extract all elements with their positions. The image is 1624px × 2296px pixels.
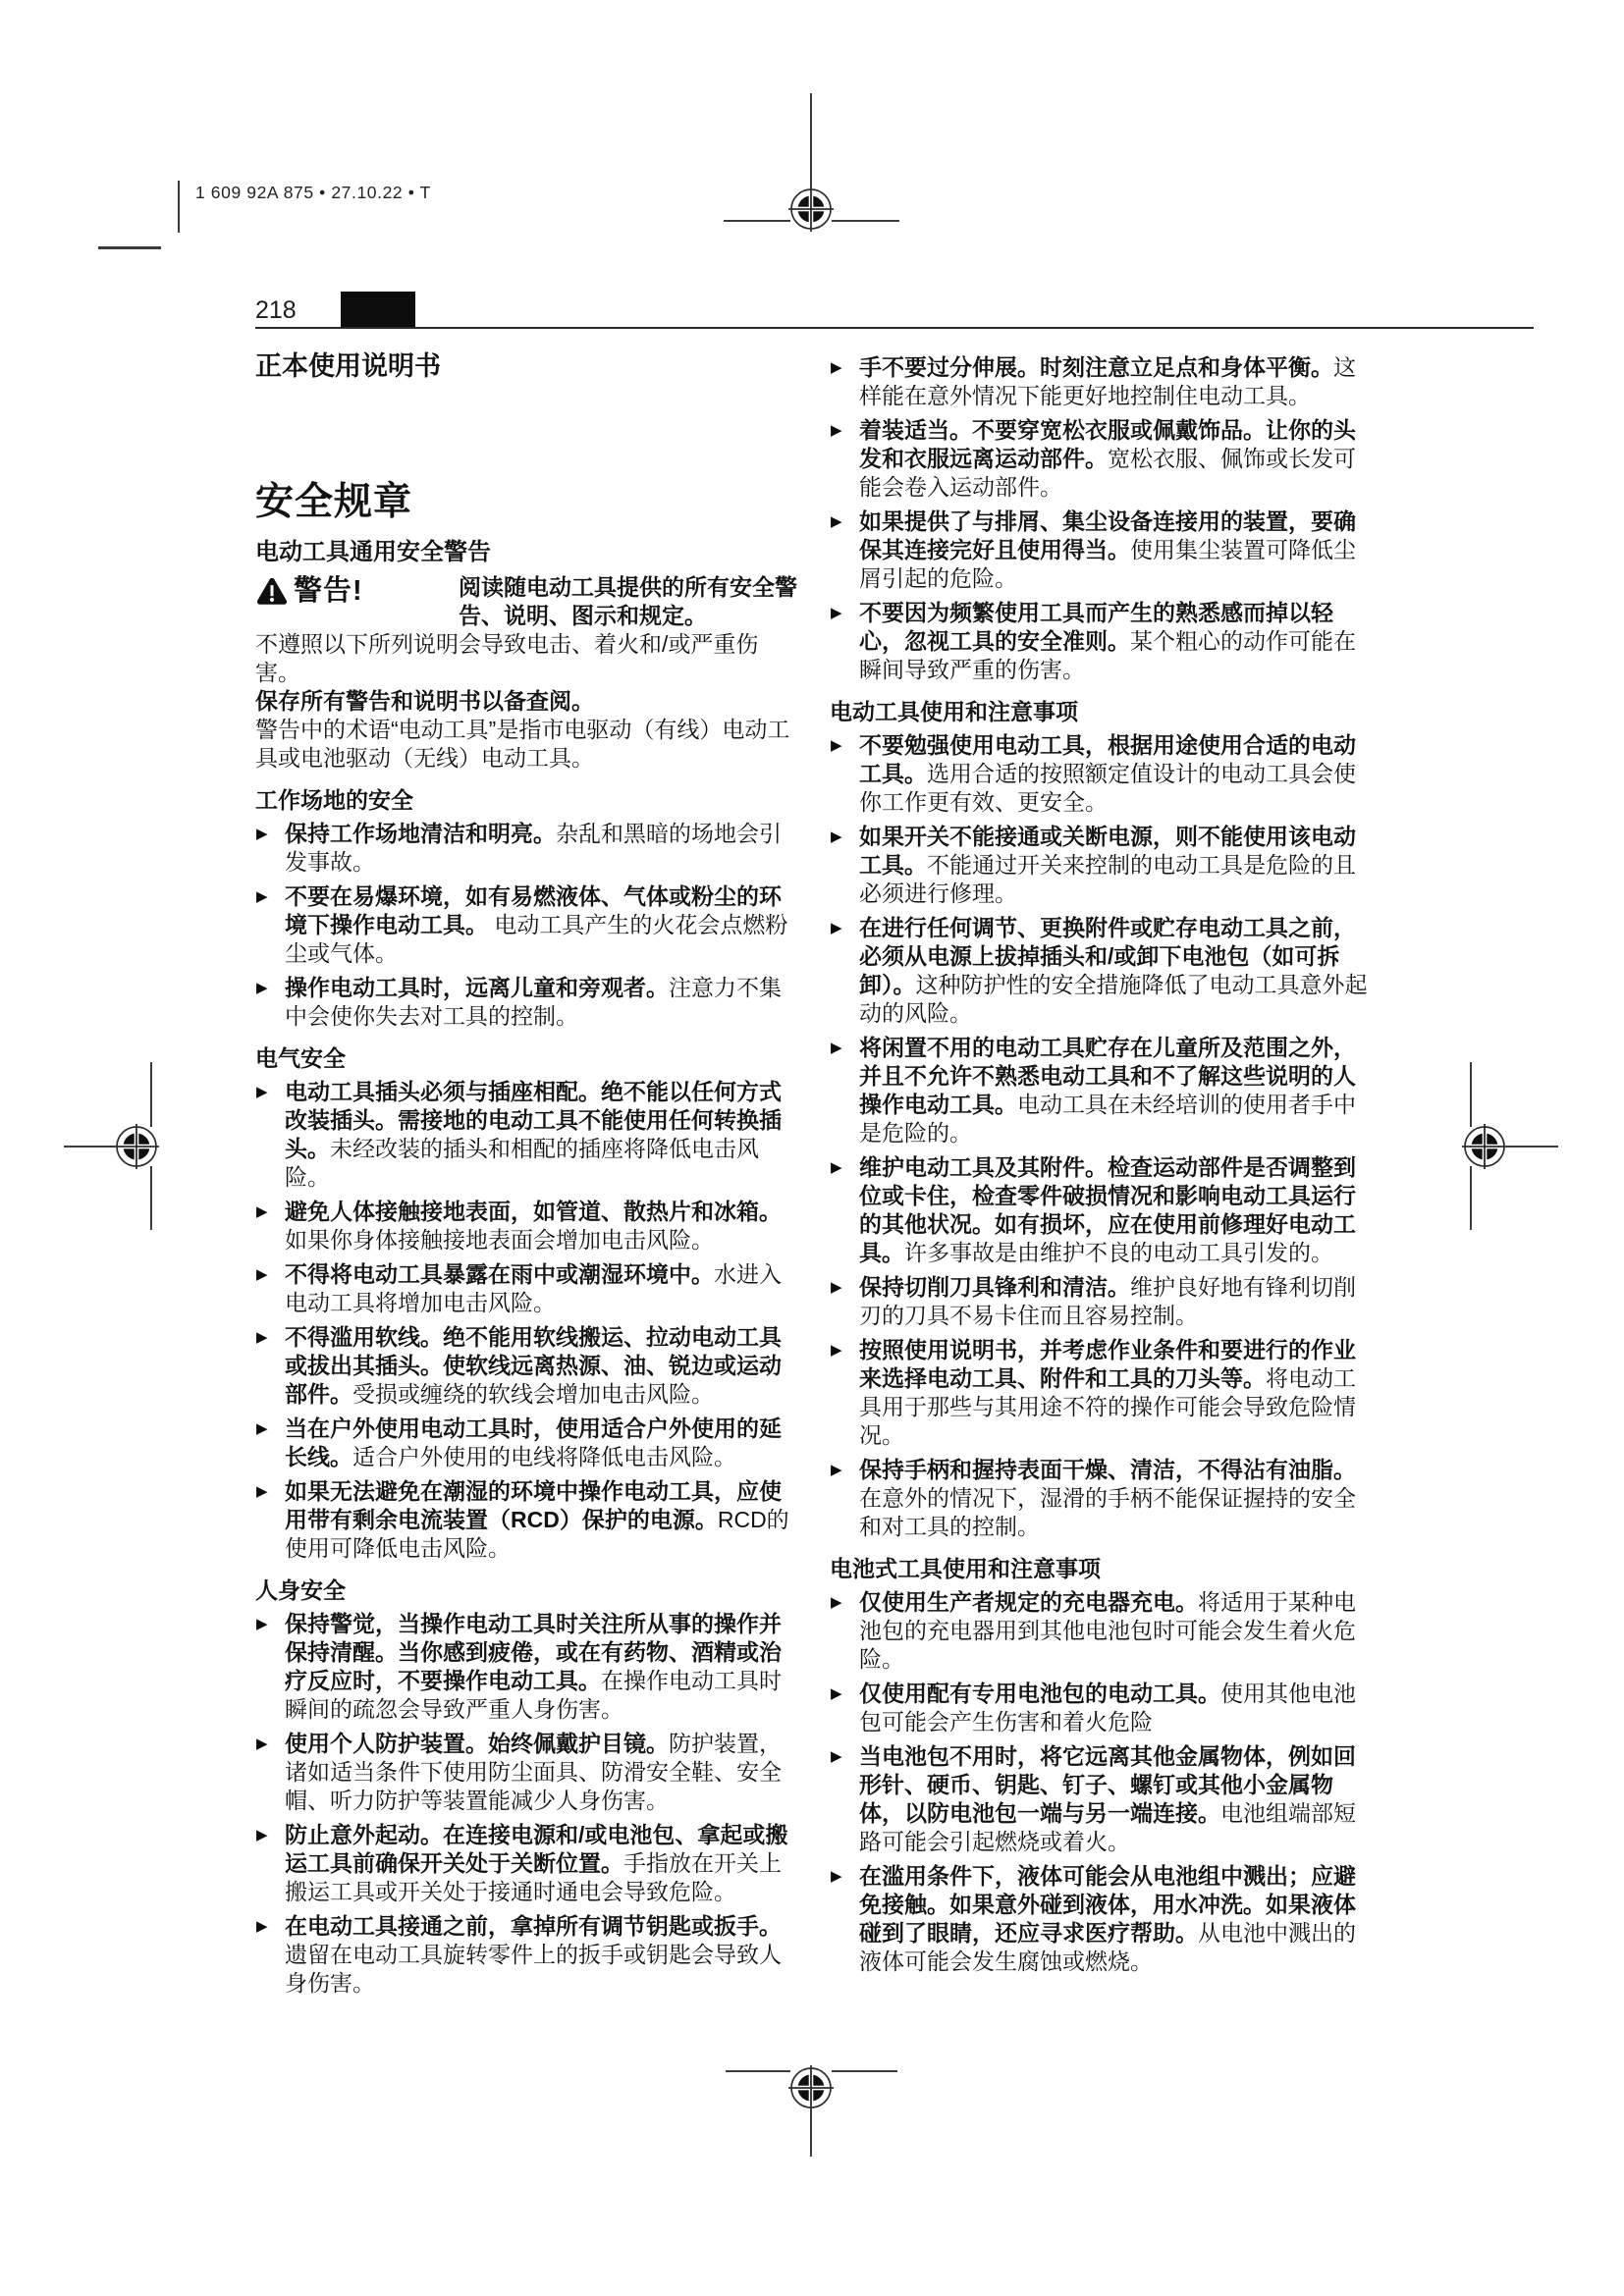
bullet-detail-text: 不能通过开关来控制的电动工具是危险的且必须进行修理。 bbox=[859, 852, 1356, 906]
safety-bullet: ▶保持工作场地清洁和明亮。杂乱和黑暗的场地会引发事故。 bbox=[255, 820, 798, 877]
safety-bullet: ▶将闲置不用的电动工具贮存在儿童所及范围之外，并且不允许不熟悉电动工具和不了解这… bbox=[830, 1034, 1373, 1148]
bullet-triangle-icon: ▶ bbox=[831, 1680, 842, 1708]
bullet-detail-text: 遗留在电动工具旋转零件上的扳手或钥匙会导致人身伤害。 bbox=[285, 1942, 782, 1996]
general-warning-heading: 电动工具通用安全警告 bbox=[255, 538, 798, 567]
crop-line bbox=[726, 2070, 790, 2072]
bullet-lead-text: 操作电动工具时，远离儿童和旁观者。 bbox=[285, 975, 669, 1000]
save-notice: 保存所有警告和说明书以备查阅。 bbox=[255, 687, 798, 716]
bullet-lead-text: 手不要过分伸展。时刻注意立足点和身体平衡。 bbox=[859, 354, 1333, 380]
bullet-triangle-icon: ▶ bbox=[256, 1821, 268, 1849]
warning-triangle-icon bbox=[255, 576, 289, 607]
bullet-triangle-icon: ▶ bbox=[831, 1034, 842, 1062]
bullet-triangle-icon: ▶ bbox=[831, 1742, 842, 1771]
safety-bullet: ▶当电池包不用时，将它远离其他金属物体，例如回形针、硬币、钥匙、钉子、螺钉或其他… bbox=[830, 1742, 1373, 1856]
bullet-lead-text: 保持手柄和握持表面干燥、清洁，不得沾有油脂。 bbox=[859, 1457, 1356, 1482]
safety-bullet: ▶防止意外起动。在连接电源和/或电池包、拿起或搬运工具前确保开关处于关断位置。手… bbox=[255, 1821, 798, 1906]
crop-line bbox=[64, 1146, 115, 1148]
safety-bullet: ▶如果无法避免在潮湿的环境中操作电动工具，应使用带有剩余电流装置（RCD）保护的… bbox=[255, 1477, 798, 1563]
registration-mark-bottom-icon bbox=[788, 2065, 834, 2110]
safety-bullet: ▶不要在易爆环境，如有易燃液体、气体或粉尘的环境下操作电动工具。 电动工具产生的… bbox=[255, 882, 798, 968]
registration-mark-right-icon bbox=[1462, 1124, 1507, 1169]
bullet-triangle-icon: ▶ bbox=[831, 1862, 842, 1891]
bullet-triangle-icon: ▶ bbox=[831, 731, 842, 760]
bullet-detail-text: 受损或缠绕的软线会增加电击风险。 bbox=[352, 1381, 714, 1407]
warning-lead-text: 阅读随电动工具提供的所有安全警告、说明、图示和规定。 bbox=[459, 573, 798, 630]
crop-line bbox=[1507, 1146, 1558, 1148]
crop-line bbox=[724, 220, 790, 222]
section-heading: 电池式工具使用和注意事项 bbox=[830, 1555, 1373, 1583]
bullet-triangle-icon: ▶ bbox=[256, 1198, 268, 1226]
section-heading: 工作场地的安全 bbox=[255, 786, 798, 815]
bullet-detail-text: 许多事故是由维护不良的电动工具引发的。 bbox=[904, 1240, 1333, 1265]
bullet-triangle-icon: ▶ bbox=[831, 353, 842, 382]
bullet-triangle-icon: ▶ bbox=[831, 914, 842, 942]
bullet-triangle-icon: ▶ bbox=[256, 1323, 268, 1352]
manual-page: 1 609 92A 875 • 27.10.22 • T 218 bbox=[0, 0, 1624, 2296]
page-number-black-box bbox=[341, 292, 415, 328]
warning-body-text: 不遵照以下所列说明会导致电击、着火和/或严重伤害。 bbox=[255, 630, 798, 687]
bullet-triangle-icon: ▶ bbox=[831, 1588, 842, 1617]
bullet-triangle-icon: ▶ bbox=[256, 1078, 268, 1106]
bullet-triangle-icon: ▶ bbox=[256, 1610, 268, 1638]
safety-bullet: ▶不要勉强使用电动工具，根据用途使用合适的电动工具。选用合适的按照额定值设计的电… bbox=[830, 731, 1373, 817]
crop-line bbox=[1470, 1166, 1472, 1230]
crop-line bbox=[1470, 1062, 1472, 1127]
bullet-triangle-icon: ▶ bbox=[256, 1477, 268, 1506]
safety-bullet: ▶不得滥用软线。绝不能用软线搬运、拉动电动工具或拔出其插头。使软线远离热源、油、… bbox=[255, 1323, 798, 1409]
right-column: ▶手不要过分伸展。时刻注意立足点和身体平衡。这样能在意外情况下能更好地控制住电动… bbox=[830, 346, 1373, 1982]
safety-bullet: ▶如果提供了与排屑、集尘设备连接用的装置，要确保其连接完好且使用得当。使用集尘装… bbox=[830, 507, 1373, 593]
doc-code: 1 609 92A 875 • 27.10.22 • T bbox=[195, 183, 431, 203]
safety-bullet: ▶保持警觉，当操作电动工具时关注所从事的操作并保持清醒。当你感到疲倦，或在有药物… bbox=[255, 1610, 798, 1724]
safety-bullet: ▶操作电动工具时，远离儿童和旁观者。注意力不集中会使你失去对工具的控制。 bbox=[255, 974, 798, 1031]
bullet-lead-text: 仅使用生产者规定的充电器充电。 bbox=[859, 1589, 1198, 1615]
crop-line bbox=[832, 220, 899, 222]
bullet-lead-text: 保持工作场地清洁和明亮。 bbox=[285, 821, 556, 846]
section-heading: 人身安全 bbox=[255, 1576, 798, 1605]
safety-bullet: ▶不要因为频繁使用工具而产生的熟悉感而掉以轻心，忽视工具的安全准则。某个粗心的动… bbox=[830, 599, 1373, 684]
crop-line bbox=[150, 1062, 152, 1127]
safety-bullet: ▶维护电动工具及其附件。检查运动部件是否调整到位或卡住，检查零件破损情况和影响电… bbox=[830, 1153, 1373, 1267]
margin-tick-horizontal bbox=[98, 246, 161, 249]
bullet-triangle-icon: ▶ bbox=[256, 820, 268, 848]
bullet-triangle-icon: ▶ bbox=[831, 416, 842, 445]
bullet-lead-text: 保持切削刀具锋利和清洁。 bbox=[859, 1274, 1130, 1300]
safety-bullet: ▶在进行任何调节、更换附件或贮存电动工具之前，必须从电源上拔掉插头和/或卸下电池… bbox=[830, 914, 1373, 1028]
bullet-triangle-icon: ▶ bbox=[256, 882, 268, 911]
page-number: 218 bbox=[255, 296, 297, 325]
bullet-triangle-icon: ▶ bbox=[831, 507, 842, 536]
bullet-triangle-icon: ▶ bbox=[831, 599, 842, 627]
warning-callout: 警告! 阅读随电动工具提供的所有安全警告、说明、图示和规定。 bbox=[255, 573, 798, 630]
left-column: 正本使用说明书 安全规章 电动工具通用安全警告 警告! 阅读随电动工具提供的所有… bbox=[255, 346, 798, 2003]
section-heading: 电动工具使用和注意事项 bbox=[830, 698, 1373, 726]
header-rule bbox=[255, 327, 1534, 329]
bullet-triangle-icon: ▶ bbox=[831, 1456, 842, 1484]
bullet-triangle-icon: ▶ bbox=[256, 1912, 268, 1941]
bullet-detail-text: 在意外的情况下，湿滑的手柄不能保证握持的安全和对工具的控制。 bbox=[859, 1485, 1356, 1539]
bullet-detail-text: 这种防护性的安全措施降低了电动工具意外起动的风险。 bbox=[859, 972, 1368, 1026]
bullet-detail-text: 选用合适的按照额定值设计的电动工具会使你工作更有效、更安全。 bbox=[859, 761, 1356, 815]
term-note: 警告中的术语“电动工具”是指市电驱动（有线）电动工具或电池驱动（无线）电动工具。 bbox=[255, 716, 798, 773]
margin-tick-vertical bbox=[178, 181, 180, 233]
bullet-triangle-icon: ▶ bbox=[256, 1415, 268, 1443]
safety-bullet: ▶避免人体接触接地表面，如管道、散热片和冰箱。如果你身体接触接地表面会增加电击风… bbox=[255, 1198, 798, 1255]
registration-mark-top-icon bbox=[788, 187, 834, 232]
safety-bullet: ▶保持切削刀具锋利和清洁。维护良好地有锋利切削刃的刀具不易卡住而且容易控制。 bbox=[830, 1273, 1373, 1330]
safety-bullet: ▶使用个人防护装置。始终佩戴护目镜。防护装置，诸如适当条件下使用防尘面具、防滑安… bbox=[255, 1730, 798, 1815]
doc-heading: 正本使用说明书 bbox=[255, 349, 798, 383]
bullet-triangle-icon: ▶ bbox=[831, 1273, 842, 1302]
page-title: 安全规章 bbox=[255, 481, 798, 524]
section-heading: 电气安全 bbox=[255, 1044, 798, 1073]
bullet-lead-text: 如果无法避免在潮湿的环境中操作电动工具，应使用带有剩余电流装置（RCD）保护的电… bbox=[285, 1478, 782, 1532]
bullet-detail-text: 适合户外使用的电线将降低电击风险。 bbox=[352, 1444, 736, 1469]
safety-bullet: ▶如果开关不能接通或关断电源，则不能使用该电动工具。不能通过开关来控制的电动工具… bbox=[830, 823, 1373, 908]
safety-bullet: ▶手不要过分伸展。时刻注意立足点和身体平衡。这样能在意外情况下能更好地控制住电动… bbox=[830, 353, 1373, 410]
crop-line bbox=[810, 93, 812, 187]
bullet-triangle-icon: ▶ bbox=[256, 974, 268, 1002]
safety-bullet: ▶在滥用条件下，液体可能会从电池组中溅出；应避免接触。如果意外碰到液体，用水冲洗… bbox=[830, 1862, 1373, 1976]
safety-bullet: ▶仅使用生产者规定的充电器充电。将适用于某种电池包的充电器用到其他电池包时可能会… bbox=[830, 1588, 1373, 1674]
bullet-lead-text: 不得将电动工具暴露在雨中或潮湿环境中。 bbox=[285, 1261, 714, 1287]
safety-bullet: ▶保持手柄和握持表面干燥、清洁，不得沾有油脂。在意外的情况下，湿滑的手柄不能保证… bbox=[830, 1456, 1373, 1541]
bullet-triangle-icon: ▶ bbox=[831, 823, 842, 851]
bullet-detail-text: 未经改装的插头和相配的插座将降低电击风险。 bbox=[285, 1136, 759, 1190]
bullet-lead-text: 避免人体接触接地表面，如管道、散热片和冰箱。 bbox=[285, 1199, 782, 1224]
bullet-triangle-icon: ▶ bbox=[831, 1336, 842, 1364]
bullet-lead-text: 仅使用配有专用电池包的电动工具。 bbox=[859, 1681, 1220, 1706]
registration-mark-left-icon bbox=[114, 1124, 159, 1169]
warning-badge: 警告! bbox=[255, 576, 363, 607]
safety-bullet: ▶仅使用配有专用电池包的电动工具。使用其他电池包可能会产生伤害和着火危险 bbox=[830, 1680, 1373, 1736]
safety-bullet: ▶不得将电动工具暴露在雨中或潮湿环境中。水进入电动工具将增加电击风险。 bbox=[255, 1260, 798, 1317]
crop-line bbox=[810, 2110, 812, 2157]
safety-bullet: ▶着装适当。不要穿宽松衣服或佩戴饰品。让你的头发和衣服远离运动部件。宽松衣服、佩… bbox=[830, 416, 1373, 502]
crop-line bbox=[150, 1166, 152, 1230]
bullet-lead-text: 使用个人防护装置。始终佩戴护目镜。 bbox=[285, 1731, 669, 1756]
bullet-triangle-icon: ▶ bbox=[256, 1260, 268, 1289]
bullet-lead-text: 在电动工具接通之前，拿掉所有调节钥匙或扳手。 bbox=[285, 1913, 782, 1939]
bullet-triangle-icon: ▶ bbox=[831, 1153, 842, 1182]
safety-bullet: ▶在电动工具接通之前，拿掉所有调节钥匙或扳手。遗留在电动工具旋转零件上的扳手或钥… bbox=[255, 1912, 798, 1998]
bullet-detail-text: 如果你身体接触接地表面会增加电击风险。 bbox=[285, 1227, 714, 1253]
safety-bullet: ▶按照使用说明书，并考虑作业条件和要进行的作业来选择电动工具、附件和工具的刀头等… bbox=[830, 1336, 1373, 1450]
warning-label: 警告! bbox=[294, 577, 363, 606]
bullet-triangle-icon: ▶ bbox=[256, 1730, 268, 1758]
safety-bullet: ▶当在户外使用电动工具时，使用适合户外使用的延长线。适合户外使用的电线将降低电击… bbox=[255, 1415, 798, 1471]
safety-bullet: ▶电动工具插头必须与插座相配。绝不能以任何方式改装插头。需接地的电动工具不能使用… bbox=[255, 1078, 798, 1192]
crop-line bbox=[832, 2070, 897, 2072]
